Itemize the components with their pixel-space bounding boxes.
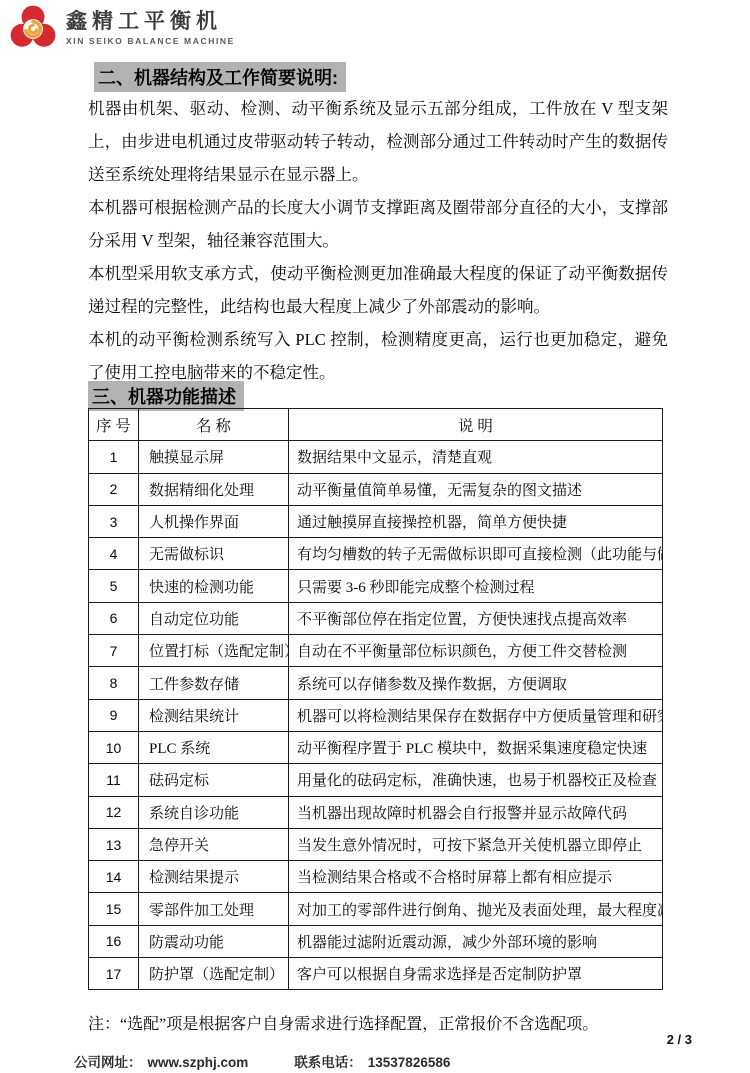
table-row: 1 触摸显示屏 数据结果中文显示，清楚直观 [89,441,663,473]
row-name: 检测结果提示 [139,861,289,893]
paragraph: 本机的动平衡检测系统写入 PLC 控制，检测精度更高，运行也更加稳定，避免了使用… [88,323,668,389]
row-description: 只需要 3-6 秒即能完成整个检测过程 [289,570,663,602]
row-name: 触摸显示屏 [139,441,289,473]
row-number: 3 [89,505,139,537]
row-number: 11 [89,764,139,796]
row-description: 自动在不平衡量部位标识颜色，方便工件交替检测 [289,635,663,667]
col-header-no: 序 号 [89,409,139,441]
row-name: 零部件加工处理 [139,893,289,925]
company-name: 鑫精工平衡机 [66,10,235,34]
row-number: 1 [89,441,139,473]
col-header-desc: 说 明 [289,409,663,441]
row-name: 位置打标（选配定制） [139,635,289,667]
row-name: 数据精细化处理 [139,473,289,505]
page-header: 鑫精工平衡机 XIN SEIKO BALANCE MACHINE [8,4,235,54]
table-row: 11 砝码定标 用量化的砝码定标，准确快速，也易于机器校正及检查 [89,764,663,796]
row-description: 动平衡程序置于 PLC 模块中，数据采集速度稳定快速 [289,731,663,763]
website-value: www.szphj.com [148,1055,249,1070]
table-row: 17 防护罩（选配定制） 客户可以根据自身需求选择是否定制防护罩 [89,958,663,990]
table-row: 4 无需做标识 有均匀槽数的转子无需做标识即可直接检测（此功能与做标识两选一） [89,538,663,570]
row-number: 16 [89,925,139,957]
website-label: 公司网址： [74,1051,142,1071]
row-name: 人机操作界面 [139,505,289,537]
brand-text: 鑫精工平衡机 XIN SEIKO BALANCE MACHINE [66,4,235,46]
row-number: 7 [89,635,139,667]
table-row: 3 人机操作界面 通过触摸屏直接操控机器，简单方便快捷 [89,505,663,537]
row-name: 系统自诊功能 [139,796,289,828]
row-number: 15 [89,893,139,925]
row-name: 急停开关 [139,828,289,860]
row-description: 当检测结果合格或不合格时屏幕上都有相应提示 [289,861,663,893]
row-description: 通过触摸屏直接操控机器，简单方便快捷 [289,505,663,537]
section2-heading: 二、机器结构及工作简要说明: [94,62,346,92]
row-number: 4 [89,538,139,570]
page-number: 2 / 3 [667,1032,692,1047]
table-row: 9 检测结果统计 机器可以将检测结果保存在数据存中方便质量管理和研究 [89,699,663,731]
phone-value: 13537826586 [368,1055,451,1070]
row-name: 无需做标识 [139,538,289,570]
table-row: 16 防震动功能 机器能过滤附近震动源，减少外部环境的影响 [89,925,663,957]
row-description: 用量化的砝码定标，准确快速，也易于机器校正及检查 [289,764,663,796]
row-description: 系统可以存储参数及操作数据，方便调取 [289,667,663,699]
row-description: 客户可以根据自身需求选择是否定制防护罩 [289,958,663,990]
section3-heading: 三、机器功能描述 [88,381,244,411]
row-name: PLC 系统 [139,731,289,763]
row-description: 数据结果中文显示，清楚直观 [289,441,663,473]
row-name: 快速的检测功能 [139,570,289,602]
row-description: 机器可以将检测结果保存在数据存中方便质量管理和研究 [289,699,663,731]
row-number: 17 [89,958,139,990]
row-number: 10 [89,731,139,763]
company-logo-icon [8,4,58,54]
table-row: 6 自动定位功能 不平衡部位停在指定位置，方便快速找点提高效率 [89,602,663,634]
row-name: 工件参数存储 [139,667,289,699]
paragraph: 机器由机架、驱动、检测、动平衡系统及显示五部分组成，工件放在 V 型支架上，由步… [88,92,668,191]
row-description: 动平衡量值简单易懂，无需复杂的图文描述 [289,473,663,505]
phone-label: 联系电话： [294,1051,362,1071]
table-row: 13 急停开关 当发生意外情况时，可按下紧急开关使机器立即停止 [89,828,663,860]
table-row: 12 系统自诊功能 当机器出现故障时机器会自行报警并显示故障代码 [89,796,663,828]
table-row: 14 检测结果提示 当检测结果合格或不合格时屏幕上都有相应提示 [89,861,663,893]
table-row: 15 零部件加工处理 对加工的零部件进行倒角、抛光及表面处理，最大程度减少安全隐… [89,893,663,925]
function-table: 序 号 名 称 说 明 1 触摸显示屏 数据结果中文显示，清楚直观 2 数据精细… [88,408,663,990]
col-header-name: 名 称 [139,409,289,441]
table-row: 2 数据精细化处理 动平衡量值简单易懂，无需复杂的图文描述 [89,473,663,505]
document-page: 鑫精工平衡机 XIN SEIKO BALANCE MACHINE 二、机器结构及… [0,0,750,1073]
table-row: 10 PLC 系统 动平衡程序置于 PLC 模块中，数据采集速度稳定快速 [89,731,663,763]
table-row: 7 位置打标（选配定制） 自动在不平衡量部位标识颜色，方便工件交替检测 [89,635,663,667]
row-name: 砝码定标 [139,764,289,796]
footnote: 注：“选配”项是根据客户自身需求进行选择配置，正常报价不含选配项。 [88,1011,598,1034]
row-description: 不平衡部位停在指定位置，方便快速找点提高效率 [289,602,663,634]
table-row: 8 工件参数存储 系统可以存储参数及操作数据，方便调取 [89,667,663,699]
row-number: 8 [89,667,139,699]
row-description: 有均匀槽数的转子无需做标识即可直接检测（此功能与做标识两选一） [289,538,663,570]
page-footer: 公司网址： www.szphj.com 联系电话： 13537826586 [74,1051,450,1071]
row-number: 12 [89,796,139,828]
row-description: 机器能过滤附近震动源，减少外部环境的影响 [289,925,663,957]
row-name: 防护罩（选配定制） [139,958,289,990]
row-number: 6 [89,602,139,634]
section2-body: 机器由机架、驱动、检测、动平衡系统及显示五部分组成，工件放在 V 型支架上，由步… [88,92,668,389]
row-name: 检测结果统计 [139,699,289,731]
paragraph: 本机器可根据检测产品的长度大小调节支撑距离及圈带部分直径的大小，支撑部分采用 V… [88,191,668,257]
row-number: 9 [89,699,139,731]
row-description: 对加工的零部件进行倒角、抛光及表面处理，最大程度减少安全隐患 [289,893,663,925]
row-description: 当机器出现故障时机器会自行报警并显示故障代码 [289,796,663,828]
row-number: 2 [89,473,139,505]
row-name: 自动定位功能 [139,602,289,634]
row-name: 防震动功能 [139,925,289,957]
row-number: 14 [89,861,139,893]
table-header-row: 序 号 名 称 说 明 [89,409,663,441]
row-number: 5 [89,570,139,602]
row-number: 13 [89,828,139,860]
table-row: 5 快速的检测功能 只需要 3-6 秒即能完成整个检测过程 [89,570,663,602]
company-name-en: XIN SEIKO BALANCE MACHINE [66,36,235,46]
paragraph: 本机型采用软支承方式，使动平衡检测更加准确最大程度的保证了动平衡数据传递过程的完… [88,257,668,323]
row-description: 当发生意外情况时，可按下紧急开关使机器立即停止 [289,828,663,860]
